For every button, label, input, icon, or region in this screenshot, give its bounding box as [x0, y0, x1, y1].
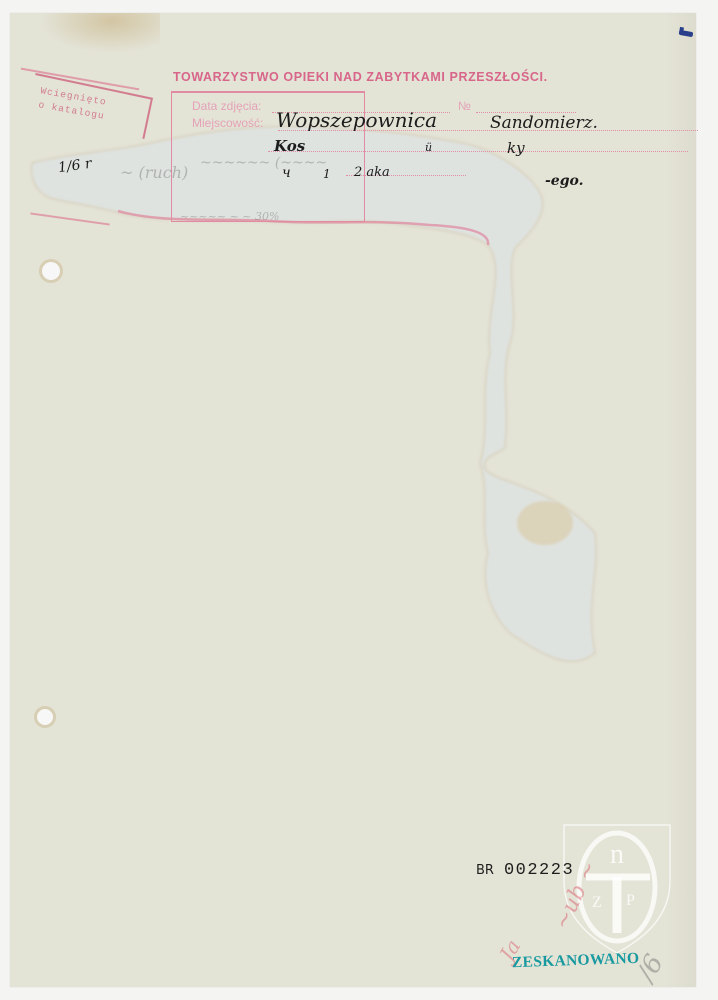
document-page: Wciegnięto o katalogu TOWARZYSTWO OPIEKI…: [10, 13, 696, 987]
svg-text:n: n: [610, 839, 624, 870]
field-line: [268, 151, 688, 152]
label-photo-date: Data zdjęcia:: [192, 99, 261, 113]
catalog-number-value: 002223: [504, 861, 574, 880]
catalog-number: BR002223: [476, 861, 574, 880]
faded-erased-text: ~~~~~~ (~~~~: [200, 155, 327, 171]
catalog-prefix: BR: [476, 863, 494, 878]
handwritten-line2-mid: ü: [425, 141, 432, 154]
handwritten-line2-right: ky: [507, 139, 525, 157]
handwritten-line2-left: Kos: [274, 137, 305, 155]
punch-hole: [37, 709, 53, 725]
svg-text:Z: Z: [592, 894, 602, 911]
label-location: Miejscowość:: [192, 116, 263, 130]
faded-erased-text: ~~~~~ ~ ~ 30%: [180, 210, 279, 223]
svg-text:P: P: [626, 892, 635, 909]
handwritten-location: Wopszepownica: [276, 108, 437, 132]
faded-erased-text: ~ (ruch): [120, 163, 188, 182]
label-number: №: [458, 99, 471, 113]
handwritten-district: Sandomierz.: [490, 113, 598, 133]
stamp-header-title: TOWARZYSTWO OPIEKI NAD ZABYTKAMI PRZESZŁ…: [173, 70, 593, 84]
handwritten-line3-end: -ego.: [545, 173, 583, 189]
punch-hole: [42, 262, 60, 280]
handwritten-line3-c: 2 aka: [354, 165, 390, 180]
